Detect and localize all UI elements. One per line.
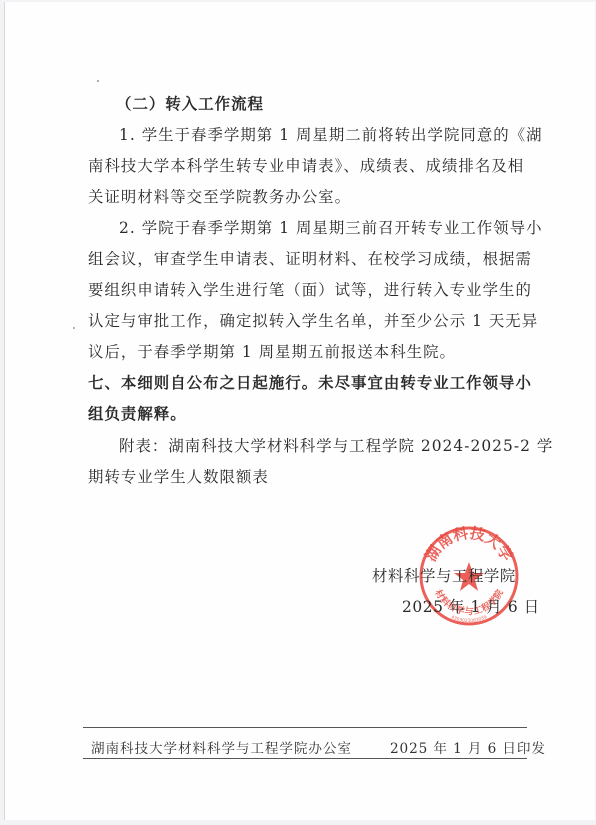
article-7-line: 组负责解释。 (88, 404, 524, 424)
signature-date: 2025 年 1 月 6 日 (402, 595, 540, 617)
paragraph-1-line: 南科技大学本科学生转专业申请表》、成绩表、成绩排名及相 (88, 156, 524, 176)
paragraph-1-line: 1. 学生于春季学期第 1 周星期二前将转出学院同意的《湖 (119, 125, 524, 145)
paragraph-2-line: 议后，于春季学期第 1 周星期五前报送本科生院。 (88, 342, 524, 362)
paragraph-2-line: 要组织申请转入学生进行笔（面）试等，进行转入专业学生的 (88, 280, 524, 300)
signature-org: 材料科学与工程学院 (372, 564, 516, 586)
paragraph-1-line: 关证明材料等交至学院教务办公室。 (88, 187, 524, 207)
scan-speck (73, 327, 75, 329)
article-7-line: 七、本细则自公布之日起施行。未尽事宜由转专业工作领导小 (88, 373, 524, 393)
footer-top-rule (83, 727, 527, 728)
section-title: （二）转入工作流程 (116, 94, 521, 114)
attachment-line: 期转专业学生人数限额表 (88, 467, 524, 487)
paragraph-2-line: 2. 学院于春季学期第 1 周星期三前召开转专业工作领导小 (119, 218, 524, 238)
paragraph-2-line: 组会议，审查学生申请表、证明材料、在校学习成绩，根据需 (88, 249, 524, 269)
footer-bottom-rule (83, 758, 527, 759)
svg-text:湖南科技大学: 湖南科技大学 (422, 524, 517, 564)
attachment-line: 附表：湖南科技大学材料科学与工程学院 2024-2025-2 学 (119, 436, 524, 456)
scan-speck (97, 80, 99, 82)
document-page: （二）转入工作流程 1. 学生于春季学期第 1 周星期二前将转出学院同意的《湖 … (4, 2, 595, 820)
paragraph-2-line: 认定与审批工作，确定拟转入学生名单，并至少公示 1 天无异 (88, 311, 524, 331)
footer-office: 湖南科技大学材料科学与工程学院办公室 (91, 737, 352, 757)
footer-issued-date: 2025 年 1 月 6 日印发 (390, 737, 546, 757)
